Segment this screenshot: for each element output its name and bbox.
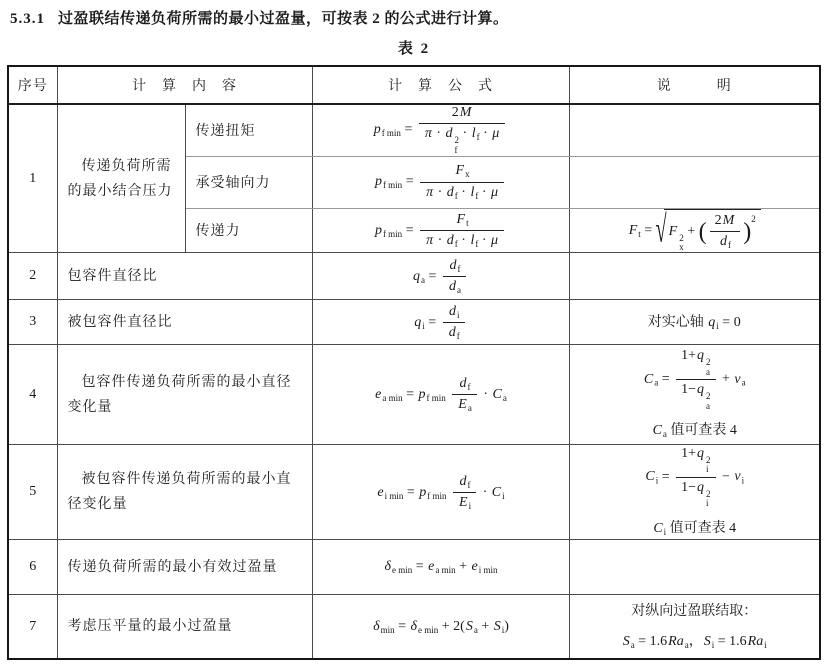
formula: pf min = 2Mπ · d2f · lf · μ <box>373 122 509 137</box>
table-row: 1 传递负荷所需的最小结合压力 传递扭矩 pf min = 2Mπ · d2f … <box>8 104 820 156</box>
serial-cell: 7 <box>8 595 57 659</box>
sub-label-cell: 承受轴向力 <box>185 156 312 208</box>
formula-cell: ei min = pf min dfEi · Ci <box>312 445 569 540</box>
note-cell: Ci = 1+q2i1−q2i − νi Ci 值可查表 4 <box>569 445 820 540</box>
formula: ei min = pf min dfEi · Ci <box>376 485 504 500</box>
col-header-no: 序号 <box>8 66 57 104</box>
section-heading: 5.3.1过盈联结传递负荷所需的最小过盈量，可按表 2 的公式进行计算。 <box>0 0 828 28</box>
note-line-1: Ft = √F2x + (2Mdf)2 <box>570 209 820 253</box>
note-line-1: Ca = 1+q2a1−q2a + νa <box>570 348 820 411</box>
serial-cell: 1 <box>8 104 57 253</box>
formula-cell: δe min = ea min + ei min <box>312 540 569 595</box>
note-cell: Ft = √F2x + (2Mdf)2 <box>569 208 820 253</box>
note-cell: 对纵向过盈联结取： Sa = 1.6Raa，Si = 1.6Rai <box>569 595 820 659</box>
formula: pf min = Fxπ · df · lf · μ <box>374 174 507 189</box>
formula-cell: pf min = Ftπ · df · lf · μ <box>312 208 569 253</box>
sub-label-cell: 传递力 <box>185 208 312 253</box>
content-cell: 传递负荷所需的最小结合压力 <box>57 104 185 253</box>
note-line-2: Ci 值可查表 4 <box>570 518 820 540</box>
col-header-content: 计 算 内 容 <box>57 66 312 104</box>
content-cell: 被包容件传递负荷所需的最小直径变化量 <box>57 445 312 540</box>
note-line-1: 对纵向过盈联结取： <box>570 601 820 622</box>
table-caption: 表 2 <box>0 37 828 58</box>
formula-cell: ea min = pf min dfEa · Ca <box>312 345 569 445</box>
note-line-2: Ca 值可查表 4 <box>570 420 820 442</box>
note-line-1: 对实心轴 qi = 0 <box>570 312 820 334</box>
content-cell: 被包容件直径比 <box>57 300 312 345</box>
formula: δmin = δe min + 2(Sa + Si) <box>372 619 509 634</box>
content-cell: 传递负荷所需的最小有效过盈量 <box>57 540 312 595</box>
note-cell <box>569 253 820 300</box>
serial-cell: 5 <box>8 445 57 540</box>
sub-label-cell: 传递扭矩 <box>185 104 312 156</box>
content-cell: 考虑压平量的最小过盈量 <box>57 595 312 659</box>
serial-cell: 3 <box>8 300 57 345</box>
col-header-formula: 计 算 公 式 <box>312 66 569 104</box>
serial-cell: 4 <box>8 345 57 445</box>
note-cell: Ca = 1+q2a1−q2a + νa Ca 值可查表 4 <box>569 345 820 445</box>
calculation-table: 序号 计 算 内 容 计 算 公 式 说 明 1 传递负荷所需的最小结合压力 传… <box>7 65 821 660</box>
table-row: 2 包容件直径比 qa = dfda <box>8 253 820 300</box>
note-line-1: Ci = 1+q2i1−q2i − νi <box>570 446 820 509</box>
serial-cell: 2 <box>8 253 57 300</box>
clause-number: 5.3.1 <box>10 11 45 27</box>
note-cell <box>569 104 820 156</box>
note-cell <box>569 540 820 595</box>
col-header-note: 说 明 <box>569 66 820 104</box>
formula-cell: qa = dfda <box>312 253 569 300</box>
formula-cell: qi = didf <box>312 300 569 345</box>
note-cell: 对实心轴 qi = 0 <box>569 300 820 345</box>
table-row: 5 被包容件传递负荷所需的最小直径变化量 ei min = pf min dfE… <box>8 445 820 540</box>
formula: δe min = ea min + ei min <box>383 559 497 574</box>
note-line-2: Sa = 1.6Raa，Si = 1.6Rai <box>570 631 820 653</box>
formula-cell: δmin = δe min + 2(Sa + Si) <box>312 595 569 659</box>
table-row: 3 被包容件直径比 qi = didf 对实心轴 qi = 0 <box>8 300 820 345</box>
serial-cell: 6 <box>8 540 57 595</box>
table-row: 4 包容件传递负荷所需的最小直径变化量 ea min = pf min dfEa… <box>8 345 820 445</box>
formula-cell: pf min = 2Mπ · d2f · lf · μ <box>312 104 569 156</box>
formula: qa = dfda <box>412 269 469 284</box>
note-cell <box>569 156 820 208</box>
formula: pf min = Ftπ · df · lf · μ <box>374 223 507 238</box>
document-page: 5.3.1过盈联结传递负荷所需的最小过盈量，可按表 2 的公式进行计算。 表 2… <box>0 0 828 660</box>
content-cell: 包容件直径比 <box>57 253 312 300</box>
table-row: 6 传递负荷所需的最小有效过盈量 δe min = ea min + ei mi… <box>8 540 820 595</box>
formula: qi = didf <box>413 315 467 330</box>
formula: ea min = pf min dfEa · Ca <box>374 387 507 402</box>
header-row: 序号 计 算 内 容 计 算 公 式 说 明 <box>8 66 820 104</box>
clause-text: 过盈联结传递负荷所需的最小过盈量，可按表 2 的公式进行计算。 <box>58 11 509 27</box>
table-row: 7 考虑压平量的最小过盈量 δmin = δe min + 2(Sa + Si)… <box>8 595 820 659</box>
content-cell: 包容件传递负荷所需的最小直径变化量 <box>57 345 312 445</box>
formula-cell: pf min = Fxπ · df · lf · μ <box>312 156 569 208</box>
